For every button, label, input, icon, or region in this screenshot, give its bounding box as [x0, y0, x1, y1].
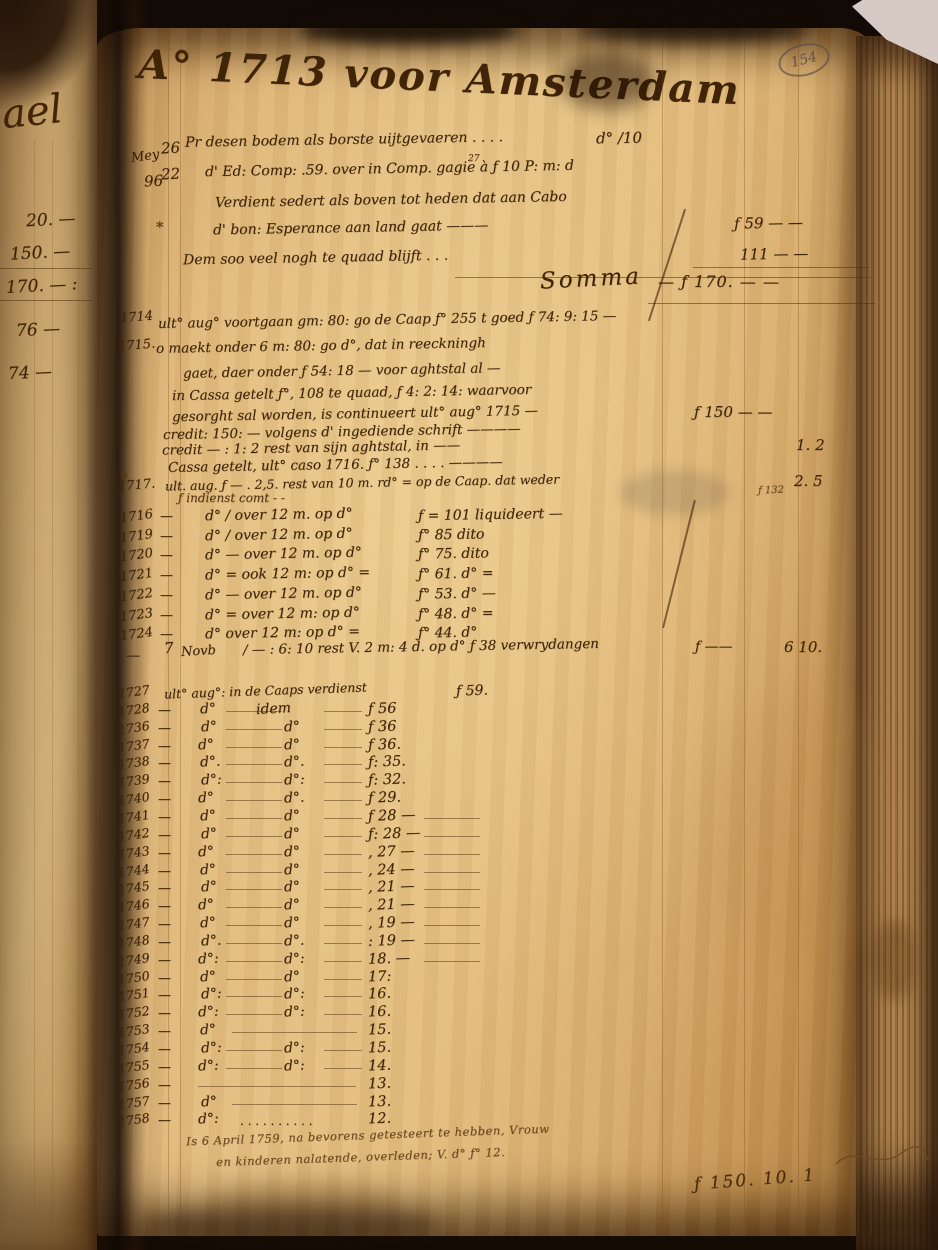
- wage-row-year: 1758: [117, 1112, 150, 1129]
- wage-row-amount: ƒ: 28 —: [368, 826, 421, 842]
- wage-row-ditto: d°: [284, 826, 301, 841]
- wage-row-ditto: d°: [284, 737, 301, 752]
- wage-row-year: 1736: [117, 720, 150, 737]
- wage-row-amount: ƒ 36.: [368, 737, 402, 753]
- leader-line: [324, 1014, 362, 1015]
- wage-row-year: 1756: [117, 1077, 150, 1094]
- wage-row-amount: : 19 —: [368, 933, 416, 949]
- column-rule-line: [662, 36, 663, 1234]
- leader-line: [226, 729, 282, 730]
- leader-line: [324, 996, 362, 997]
- service-row-dash: —: [160, 609, 173, 622]
- wage-row-ditto: d°: [201, 826, 218, 841]
- wage-row-ditto: d°: [199, 969, 216, 984]
- wage-row-ditto: d°:: [198, 1005, 219, 1020]
- leader-line: [424, 818, 480, 819]
- wage-row-dash: —: [158, 793, 171, 806]
- wage-row-ditto: d°: [284, 862, 301, 877]
- leader-line: [232, 1032, 357, 1033]
- leader-line: [424, 925, 480, 926]
- wage-row-amount: 15.: [368, 1023, 392, 1038]
- wage-row-amount: ƒ 59.: [456, 683, 488, 698]
- facing-margin-amount: 150. —: [10, 243, 71, 263]
- paper-stain: [560, 54, 655, 109]
- paper-stain: [872, 920, 917, 1000]
- entry-amount: d° /10: [596, 131, 642, 147]
- wage-row-amount: 12.: [368, 1112, 392, 1127]
- wage-row-amount: 14.: [368, 1058, 392, 1073]
- nov-row-tail: ƒ ——: [695, 640, 733, 654]
- service-row-amount: ƒ° 85 dito: [418, 527, 485, 542]
- account-line: ult° aug° voortgaan gm: 80: go de Caap ƒ…: [158, 310, 616, 331]
- wage-row-ditto: d°: [284, 969, 301, 984]
- wage-row-ditto: d°: [199, 916, 216, 931]
- leader-line: [226, 872, 282, 873]
- wage-row-dash: —: [158, 811, 171, 824]
- facing-margin-amount: 170. — :: [6, 276, 78, 297]
- facing-margin-amount: 76 —: [16, 321, 61, 340]
- wage-row-dash: —: [158, 775, 171, 788]
- column-rule-line: [180, 36, 181, 1234]
- wage-row-ditto: d°: [201, 880, 218, 895]
- leader-line: [226, 836, 282, 837]
- leader-line: [424, 961, 480, 962]
- wage-row-year: 1728: [117, 702, 150, 719]
- wage-row-amount: 17:: [368, 969, 392, 984]
- wage-row-ditto: d°:: [201, 1040, 222, 1055]
- wage-row-year: 1742: [117, 827, 150, 844]
- leader-line: [226, 818, 282, 819]
- wage-row-dash: —: [158, 1097, 171, 1110]
- wage-row-amount: 16.: [368, 987, 392, 1002]
- service-row-text: d° — over 12 m. op d°: [205, 585, 362, 602]
- column-rule-line: [858, 36, 859, 1234]
- leader-line: [324, 872, 362, 873]
- wage-row-ditto: d°.: [284, 755, 305, 770]
- wage-row-ditto: d°:: [284, 987, 305, 1002]
- wage-row-year: 1747: [117, 916, 150, 933]
- wage-row-ditto: d°:: [201, 773, 222, 788]
- leader-line: [232, 1104, 357, 1105]
- margin-year: 1715.: [118, 337, 156, 353]
- entry-amount: ƒ 59 — —: [734, 215, 803, 231]
- wage-row-year: 1748: [117, 934, 150, 951]
- ink-stroke: [662, 500, 696, 629]
- wage-row-ditto: d°: [201, 1094, 218, 1109]
- entry-amount: 111 — —: [740, 246, 808, 262]
- service-row-text: d° / over 12 m. op d°: [205, 526, 353, 543]
- wage-row-amount: 13.: [368, 1094, 392, 1109]
- wage-row-dotted-leader: . . . . . . . . . .: [240, 1115, 312, 1127]
- wage-row-ditto: d°: [284, 719, 301, 734]
- wage-row-text: ult° aug°: in de Caaps verdienst: [164, 681, 367, 701]
- leader-line: [324, 764, 362, 765]
- wage-row-ditto: d°.: [284, 791, 305, 806]
- leader-line: [424, 854, 480, 855]
- wage-row-ditto: d°.: [201, 933, 222, 948]
- wage-row-dash: —: [158, 1007, 171, 1020]
- wage-row-year: 1749: [117, 952, 150, 969]
- service-row-dash: —: [160, 569, 173, 582]
- nov-row-dash: —: [126, 649, 140, 663]
- service-row-dash: —: [160, 589, 173, 602]
- service-row-dash: —: [160, 530, 173, 543]
- wage-row-year: 1739: [117, 773, 150, 790]
- wage-row-ditto: d°: [198, 791, 215, 806]
- wage-row-dash: —: [158, 1061, 171, 1074]
- wage-row-dash: —: [158, 740, 171, 753]
- leader-line: [226, 961, 282, 962]
- facing-rule-line: [52, 140, 53, 1250]
- wage-row-amount: 13.: [368, 1076, 392, 1091]
- wage-row-amount: ƒ 56: [368, 701, 397, 716]
- ledger-rule-line: [693, 267, 869, 268]
- wage-row-ditto: d°: [284, 916, 301, 931]
- wage-row-amount: 16.: [368, 1005, 392, 1020]
- wage-row-year: 1741: [117, 809, 150, 826]
- wage-row-ditto: d°:: [198, 1112, 219, 1127]
- wage-row-year: 1746: [117, 898, 150, 915]
- entry-line: Dem soo veel nogh te quaad blijft . . .: [183, 249, 448, 268]
- entry-line: Pr desen bodem als borste uijtgevaeren .…: [185, 130, 503, 150]
- wage-row-year: 1750: [117, 969, 150, 986]
- paper-stain: [620, 470, 730, 515]
- nov-row-month: Novb: [181, 644, 217, 659]
- wage-row-amount: 15.: [368, 1041, 392, 1056]
- account-amount: ƒ 150 — —: [694, 405, 773, 420]
- wage-row-ditto: d°: [198, 737, 215, 752]
- leader-line: [324, 889, 362, 890]
- wage-row-ditto: d°:: [284, 951, 305, 966]
- wage-row-ditto: idem: [256, 701, 292, 717]
- entry-day: 26: [161, 141, 181, 157]
- service-row-text: d° over 12 m: op d° =: [205, 625, 360, 642]
- wage-row-year: 1757: [117, 1094, 150, 1111]
- wage-row-dash: —: [158, 757, 171, 770]
- nov-row-day: 7: [163, 641, 174, 657]
- account-line: ult. aug. ƒ — . 2,5. rest van 10 m. rd° …: [165, 474, 559, 493]
- wage-row-year: 1727: [117, 684, 150, 701]
- service-row-year: 1723: [119, 606, 154, 623]
- paper-stain: [700, 690, 910, 960]
- leader-line: [324, 818, 362, 819]
- ledger-rule-line: [0, 268, 92, 269]
- column-rule-line: [871, 36, 872, 1234]
- wage-row-ditto: d°:: [284, 1040, 305, 1055]
- leader-line: [226, 764, 282, 765]
- folio-number-badge: 154: [775, 38, 833, 82]
- paper-stain: [580, 14, 810, 42]
- wage-row-ditto: d°: [199, 701, 216, 716]
- wage-row-ditto: d°: [284, 844, 301, 859]
- wage-row-year: 1752: [117, 1005, 150, 1022]
- wage-row-dash: —: [158, 722, 171, 735]
- wage-row-ditto: d°:: [284, 1058, 305, 1073]
- leader-line: [324, 854, 362, 855]
- wage-row-ditto: d°:: [284, 1005, 305, 1020]
- entry-day-2: 22: [161, 167, 181, 183]
- wage-row-dash: —: [158, 865, 171, 878]
- paper-stain: [140, 1205, 440, 1245]
- death-note-line-2: en kinderen nalatende, overleden; V. d° …: [216, 1147, 505, 1169]
- wage-row-ditto: d°: [284, 898, 301, 913]
- leader-line: [424, 943, 480, 944]
- facing-rule-line: [78, 140, 79, 1250]
- marginal-amount-note: ƒ 132: [758, 486, 784, 497]
- wage-row-year: 1753: [117, 1023, 150, 1040]
- wage-row-dash: —: [158, 882, 171, 895]
- ink-flourish: [834, 1142, 930, 1176]
- wage-row-year: 1740: [117, 791, 150, 808]
- leader-line: [324, 943, 362, 944]
- wage-row-dash: —: [158, 972, 171, 985]
- wage-row-year: 1737: [117, 737, 150, 754]
- wage-row-year: 1745: [117, 880, 150, 897]
- wage-row-amount: 18. —: [368, 951, 411, 967]
- service-row-amount: ƒ° 75. dito: [418, 547, 489, 562]
- ledger-rule-line: [0, 300, 92, 301]
- wage-row-ditto: d°:: [284, 773, 305, 788]
- leader-line: [324, 979, 362, 980]
- folio-number: 154: [789, 49, 819, 71]
- leader-line: [324, 1068, 362, 1069]
- nov-row-text: / — : 6: 10 rest V. 2 m: 4 d. op d° ƒ 38…: [243, 638, 599, 658]
- wage-row-amount: , 19 —: [368, 915, 415, 931]
- wage-row-year: 1751: [117, 987, 150, 1004]
- paper-stain: [300, 16, 520, 44]
- ledger-rule-line: [648, 303, 875, 304]
- service-row-year: 1724: [119, 626, 154, 643]
- wage-row-amount: ƒ 29.: [368, 791, 402, 807]
- wage-row-ditto: d°: [284, 880, 301, 895]
- wage-row-ditto: d°.: [284, 933, 305, 948]
- service-row-year: 1721: [119, 567, 154, 584]
- leader-line: [226, 854, 282, 855]
- service-row-amount: ƒ° 48. d° =: [418, 606, 494, 621]
- wage-row-amount: , 24 —: [368, 862, 415, 878]
- leader-line: [324, 1050, 362, 1051]
- leader-line: [324, 800, 362, 801]
- in-dienst-note: ƒ indienst comt - -: [178, 492, 285, 504]
- service-row-year: 1719: [119, 527, 154, 544]
- wage-row-dash: —: [158, 1043, 171, 1056]
- handwriting-layer: ael A° 1713 voor Amsterdam 154 Somma — ƒ…: [0, 0, 938, 1250]
- wage-row-ditto: d°: [198, 898, 215, 913]
- leader-line: [226, 782, 282, 783]
- service-row-year: 1716: [119, 508, 154, 525]
- leader-line: [424, 872, 480, 873]
- leader-line: [226, 907, 282, 908]
- wage-row-dash: —: [158, 900, 171, 913]
- wage-row-ditto: d°: [201, 719, 218, 734]
- wage-row-amount: ƒ: 32.: [368, 773, 406, 789]
- wage-row-ditto: d°:: [198, 951, 219, 966]
- leader-line: [226, 979, 282, 980]
- leader-line: [198, 1086, 356, 1087]
- leader-line: [424, 907, 480, 908]
- account-line: gaet, daer onder ƒ 54: 18 — voor aghtsta…: [183, 362, 501, 381]
- service-row-text: d° = ook 12 m: op d° =: [205, 566, 370, 583]
- wage-row-year: 1743: [117, 844, 150, 861]
- account-amount: 1. 2: [796, 438, 825, 453]
- facing-page-heading-fragment: ael: [0, 89, 64, 135]
- leader-line: [226, 747, 282, 748]
- wage-row-dash: —: [158, 918, 171, 931]
- wage-row-ditto: d°: [284, 809, 301, 824]
- wage-row-year: 1738: [117, 755, 150, 772]
- service-row-amount: ƒ° 61. d° =: [418, 566, 494, 581]
- facing-rule-line: [34, 140, 35, 1250]
- service-row-amount: ƒ° 53. d° —: [418, 586, 496, 601]
- entry-line: Verdient sedert als boven tot heden dat …: [215, 190, 567, 210]
- entry-month: Mey: [130, 148, 160, 165]
- wage-row-year: 1755: [117, 1059, 150, 1076]
- service-row-amount: ƒ = 101 liquideert —: [418, 507, 563, 524]
- wage-row-amount: , 21 —: [368, 897, 415, 913]
- wage-row-dash: —: [158, 989, 171, 1002]
- ink-mark: *: [121, 472, 128, 485]
- leader-line: [324, 782, 362, 783]
- leader-line: [324, 907, 362, 908]
- leader-line: [226, 996, 282, 997]
- wage-row-dash: —: [158, 704, 171, 717]
- leader-line: [324, 836, 362, 837]
- wage-row-dash: —: [158, 847, 171, 860]
- wage-row-ditto: d°: [199, 1023, 216, 1038]
- wage-row-ditto: d°:: [198, 1058, 219, 1073]
- account-line: o maekt onder 6 m: 80: go d°, dat in ree…: [156, 337, 486, 356]
- wage-row-dash: —: [158, 936, 171, 949]
- wage-row-dash: —: [158, 1025, 171, 1038]
- service-row-dash: —: [160, 510, 173, 523]
- leader-line: [226, 1014, 282, 1015]
- wage-row-dash: —: [158, 1114, 171, 1127]
- service-row-year: 1722: [119, 587, 154, 604]
- wage-row-year: 1744: [117, 862, 150, 879]
- wage-row-ditto: d°: [198, 844, 215, 859]
- wage-row-amount: ƒ 28 —: [368, 808, 416, 824]
- service-row-text: d° — over 12 m. op d°: [205, 546, 362, 563]
- entry-line: d' Ed: Comp: .59. over in Comp. gagie à …: [205, 159, 574, 179]
- leader-line: [226, 1050, 282, 1051]
- service-row-dash: —: [160, 549, 173, 562]
- wage-row-dash: —: [158, 829, 171, 842]
- facing-margin-amount: 20. —: [26, 211, 76, 231]
- leader-line: [324, 925, 362, 926]
- leader-line: [424, 836, 480, 837]
- leader-line: [226, 1068, 282, 1069]
- margin-year: 1714: [119, 310, 153, 326]
- wage-row-amount: , 21 —: [368, 880, 415, 896]
- leader-line: [226, 800, 282, 801]
- account-line: in Cassa getelt ƒ°, 108 te quaad, ƒ 4: 2…: [172, 384, 531, 404]
- ledger-photo: ael A° 1713 voor Amsterdam 154 Somma — ƒ…: [0, 0, 938, 1250]
- service-row-year: 1720: [119, 547, 154, 564]
- leader-line: [226, 943, 282, 944]
- wage-row-ditto: d°: [199, 862, 216, 877]
- wage-row-amount: , 27 —: [368, 844, 415, 860]
- wage-row-ditto: d°.: [199, 755, 220, 770]
- ink-stroke: [648, 209, 686, 322]
- leader-line: [324, 747, 362, 748]
- service-row-text: d° / over 12 m. op d°: [205, 507, 353, 524]
- somma-label: Somma: [539, 265, 642, 293]
- entry-line: d' bon: Esperance aan land gaat ———: [213, 219, 488, 238]
- leader-line: [424, 889, 480, 890]
- wage-row-dash: —: [158, 1079, 171, 1092]
- wage-row-amount: ƒ 36: [368, 719, 397, 734]
- wage-row-dash: —: [158, 954, 171, 967]
- leader-line: [226, 889, 282, 890]
- leader-line: [324, 961, 362, 962]
- nov-row-amount: 6 10.: [784, 640, 822, 655]
- leader-line: [226, 925, 282, 926]
- wage-row-ditto: d°: [199, 809, 216, 824]
- facing-margin-amount: 74 —: [8, 364, 53, 383]
- ink-mark: *: [156, 220, 164, 235]
- service-row-text: d° = over 12 m: op d°: [205, 605, 360, 622]
- leader-line: [324, 729, 362, 730]
- wage-row-year: 1754: [117, 1041, 150, 1058]
- wage-row-amount: ƒ: 35.: [368, 755, 406, 771]
- wage-row-ditto: d°:: [201, 987, 222, 1002]
- leader-line: [324, 711, 362, 712]
- account-amount: 2. 5: [794, 474, 823, 489]
